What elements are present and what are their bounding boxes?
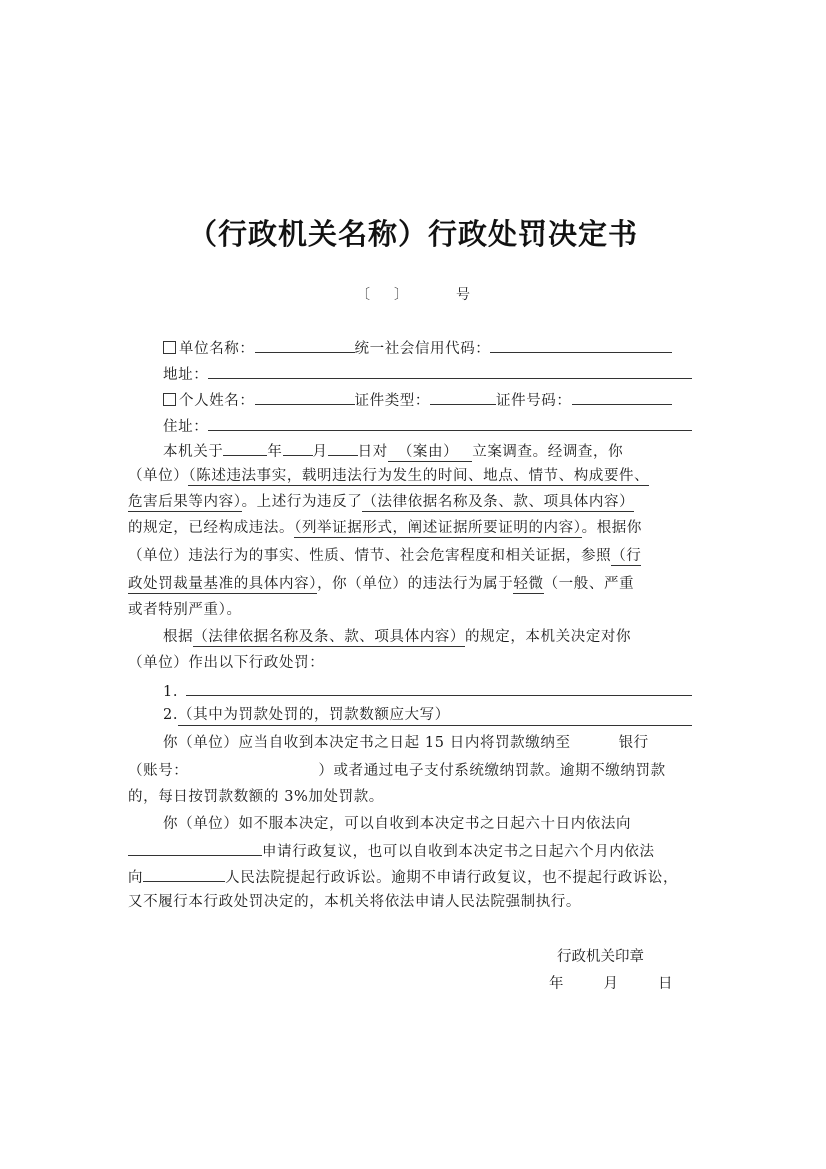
document-page: （行政机关名称）行政处罚决定书 〔〕号 单位名称：统一社会信用代码： 地址： 个…: [0, 0, 826, 1169]
person-name-label: 个人姓名：: [179, 393, 255, 409]
text: （单位）: [128, 468, 188, 484]
text: 人民法院提起行政诉讼。逾期不申请行政复议，也不提起行政诉讼，: [225, 870, 678, 886]
item-number: 1.: [163, 684, 178, 700]
text: 根据: [163, 629, 193, 645]
residence-row: 住址：: [163, 415, 692, 437]
text: 你（单位）应当自收到本决定书之日起 15 日内将罚款缴纳至: [163, 735, 571, 751]
seal-label: 行政机关印章: [557, 945, 644, 966]
text: 又不履行本行政处罚决定的，本机关将依法申请人民法院强制执行。: [128, 894, 581, 910]
unit-row: 单位名称：统一社会信用代码：: [163, 337, 672, 359]
item-number: 2.: [163, 707, 178, 723]
text: （一般、严重: [544, 576, 635, 592]
penalty-item-2-text: （其中为罚款处罚的，罚款数额应大写）: [178, 707, 450, 723]
legal-basis-text: （法律依据名称及条、款、项具体内容）: [193, 629, 465, 647]
legal-basis-text: （法律依据名称及条、款、项具体内容）: [362, 494, 634, 512]
text: （单位）违法行为的事实、性质、情节、社会危害程度和相关证据，参照: [128, 548, 611, 564]
day-field[interactable]: [328, 440, 358, 456]
residence-label: 住址：: [163, 419, 208, 435]
discretion-text: （行: [611, 548, 641, 566]
p1-line4: 的规定，已经构成违法。（列举证据形式，阐述证据所要证明的内容）。根据你: [128, 518, 642, 538]
text: 。根据你: [582, 520, 642, 536]
case-cause-field[interactable]: （案由）: [388, 444, 472, 462]
text: 向: [128, 870, 143, 886]
residence-field[interactable]: [208, 415, 692, 431]
court-field[interactable]: [143, 866, 225, 882]
p3-line3: 的，每日按罚款数额的 3%加处罚款。: [128, 787, 384, 807]
id-type-label: 证件类型：: [355, 393, 431, 409]
p4-line4: 又不履行本行政处罚决定的，本机关将依法申请人民法院强制执行。: [128, 892, 581, 912]
p2-line1: 根据（法律依据名称及条、款、项具体内容）的规定，本机关决定对你: [163, 627, 631, 647]
person-row: 个人姓名：证件类型：证件号码：: [163, 389, 672, 411]
document-title: （行政机关名称）行政处罚决定书: [0, 212, 826, 253]
month-field[interactable]: [283, 440, 313, 456]
address-row: 地址：: [163, 363, 692, 385]
p1-line1: 本机关于年月日对（案由）立案调查。经调查，你: [163, 440, 623, 462]
person-name-field[interactable]: [255, 389, 355, 405]
facts-text: （陈述违法事实，载明违法行为发生的时间、地点、情节、构成要件、: [188, 468, 649, 486]
text: 月: [313, 444, 328, 460]
open-bracket: 〔: [356, 284, 370, 304]
text: （单位）作出以下行政处罚：: [128, 655, 324, 671]
p1-line7: 或者特别严重）。: [128, 600, 242, 620]
close-bracket: 〕: [394, 284, 408, 304]
penalty-item-1: 1.: [163, 680, 692, 702]
id-number-label: 证件号码：: [496, 393, 572, 409]
p4-line3: 向人民法院提起行政诉讼。逾期不申请行政复议，也不提起行政诉讼，: [128, 866, 678, 888]
person-checkbox[interactable]: [163, 393, 176, 406]
severity-text: 轻微: [513, 576, 543, 594]
text: 或者特别严重）。: [128, 602, 242, 618]
credit-code-label: 统一社会信用代码：: [355, 341, 491, 357]
address-label: 地址：: [163, 367, 208, 383]
text: 的规定，本机关决定对你: [465, 629, 631, 645]
penalty-item-2: 2.（其中为罚款处罚的，罚款数额应大写）: [163, 705, 692, 726]
year-field[interactable]: [223, 440, 267, 456]
evidence-text: （列举证据形式，阐述证据所要证明的内容）: [294, 520, 582, 538]
text: （账号：: [128, 763, 188, 779]
credit-code-field[interactable]: [490, 337, 672, 353]
text: 立案调查。经调查，你: [472, 444, 623, 460]
p1-line2: （单位）（陈述违法事实，载明违法行为发生的时间、地点、情节、构成要件、: [128, 466, 649, 486]
p1-line5: （单位）违法行为的事实、性质、情节、社会危害程度和相关证据，参照（行: [128, 546, 641, 566]
address-field[interactable]: [208, 363, 692, 379]
text: 银行: [619, 735, 649, 751]
p3-line1: 你（单位）应当自收到本决定书之日起 15 日内将罚款缴纳至银行: [163, 733, 649, 753]
unit-name-label: 单位名称：: [179, 341, 255, 357]
text: 你（单位）如不服本决定，可以自收到本决定书之日起六十日内依法向: [163, 816, 631, 832]
sign-date: 年月日: [549, 972, 673, 993]
text: 年: [267, 444, 282, 460]
unit-name-field[interactable]: [255, 337, 355, 353]
text: 本机关于: [163, 444, 223, 460]
text: 日对: [358, 444, 388, 460]
text: 。上述行为违反了: [242, 494, 363, 510]
review-authority-field[interactable]: [128, 840, 262, 856]
p1-line6: 政处罚裁量基准的具体内容），你（单位）的违法行为属于轻微（一般、严重: [128, 574, 634, 594]
p3-line2: （账号：）或者通过电子支付系统缴纳罚款。逾期不缴纳罚款: [128, 761, 666, 781]
document-number: 〔〕号: [0, 284, 826, 304]
text: 的，每日按罚款数额的 3%加处罚款。: [128, 789, 384, 805]
text: 的规定，已经构成违法。: [128, 520, 294, 536]
id-number-field[interactable]: [572, 389, 672, 405]
sign-month: 月: [604, 976, 619, 992]
sign-year: 年: [549, 976, 564, 992]
facts-text: 危害后果等内容）: [128, 494, 242, 512]
id-type-field[interactable]: [430, 389, 496, 405]
p2-line2: （单位）作出以下行政处罚：: [128, 653, 324, 673]
text: ，你（单位）的违法行为属于: [317, 576, 513, 592]
penalty-item-1-field[interactable]: [186, 680, 692, 696]
p4-line1: 你（单位）如不服本决定，可以自收到本决定书之日起六十日内依法向: [163, 814, 631, 834]
unit-checkbox[interactable]: [163, 341, 176, 354]
text: 申请行政复议，也可以自收到本决定书之日起六个月内依法: [262, 844, 655, 860]
p4-line2: 申请行政复议，也可以自收到本决定书之日起六个月内依法: [128, 840, 655, 862]
text: ）或者通过电子支付系统缴纳罚款。逾期不缴纳罚款: [318, 763, 665, 779]
p1-line3: 危害后果等内容）。上述行为违反了（法律依据名称及条、款、项具体内容）: [128, 492, 634, 512]
number-suffix: 号: [456, 287, 470, 303]
sign-day: 日: [658, 976, 673, 992]
discretion-text: 政处罚裁量基准的具体内容）: [128, 576, 317, 594]
